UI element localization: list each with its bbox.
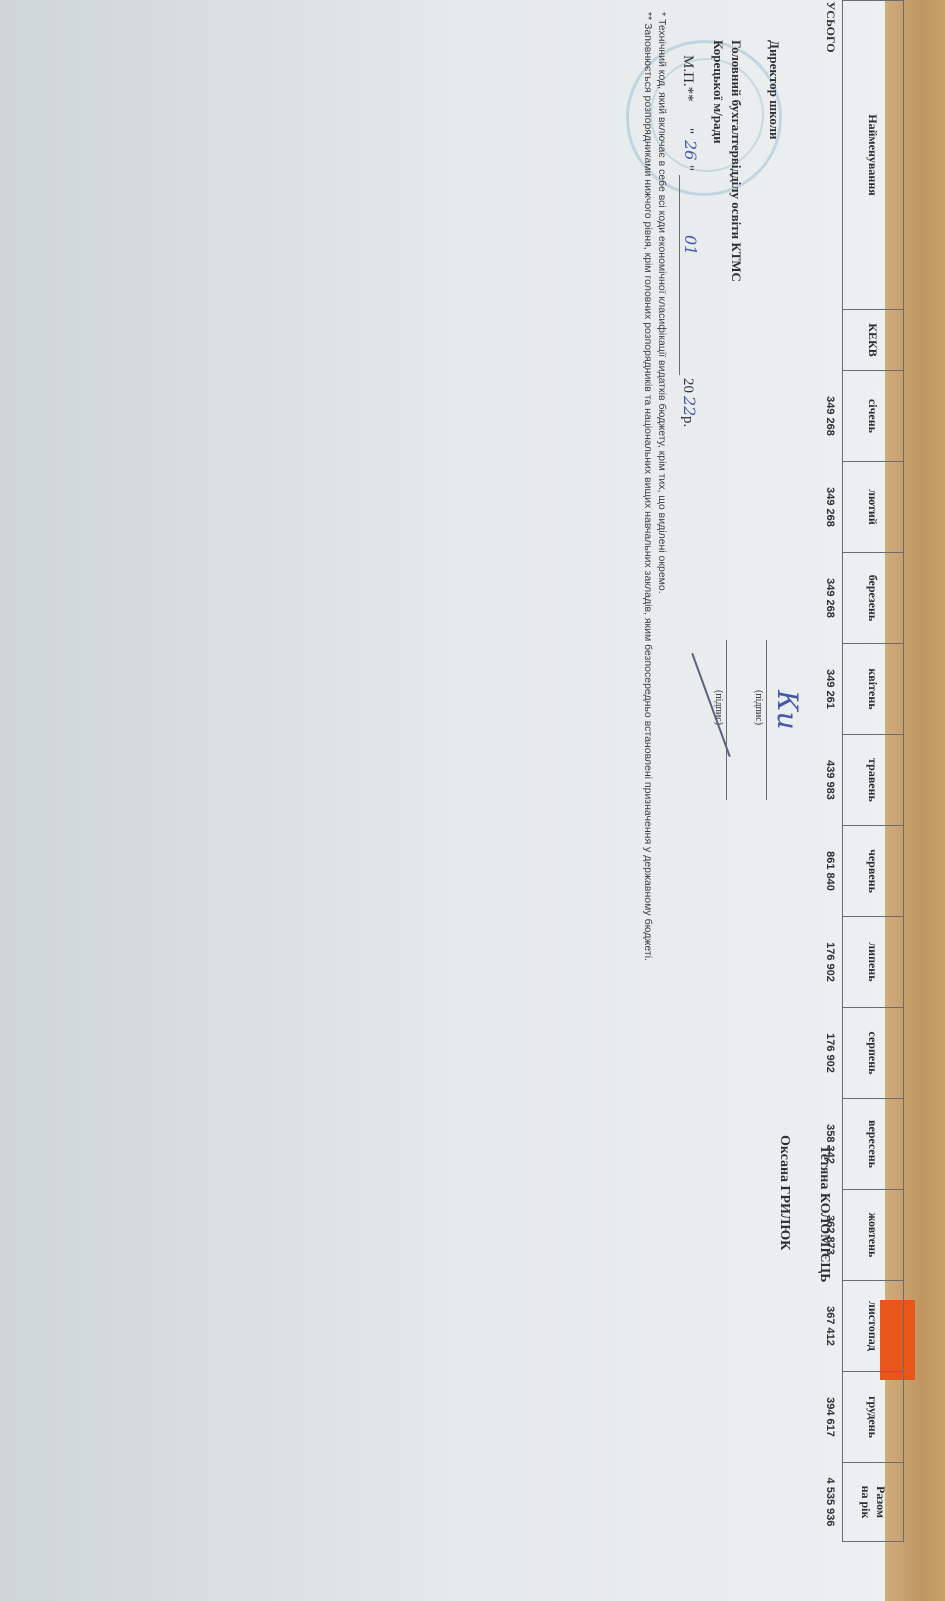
row-kekv xyxy=(822,310,843,371)
director-title: Директор школи xyxy=(766,40,782,140)
document-sheet: Найменування КЕКВ січень лютий березень … xyxy=(0,0,912,1601)
date-open-quote: " xyxy=(679,128,696,134)
date-month: 01 xyxy=(681,235,700,255)
accountant-signature xyxy=(691,653,731,757)
header-month: вересень xyxy=(843,1099,904,1190)
accountant-title-line2: Корецької м/ради xyxy=(710,40,726,144)
date-month-line xyxy=(679,175,680,375)
cell-value: 176 902 xyxy=(822,917,843,1008)
header-name: Найменування xyxy=(843,1,904,310)
footnote-1: * Технічний код, який включає в себе всі… xyxy=(656,12,668,594)
date-suffix: р. xyxy=(679,416,696,427)
cell-value: 367 412 xyxy=(822,1281,843,1372)
header-total-line2: на рік xyxy=(858,1467,873,1537)
director-signature: Ки xyxy=(771,690,804,730)
cell-value: 349 268 xyxy=(822,462,843,553)
cell-value: 176 902 xyxy=(822,1008,843,1099)
header-total-line1: Разом xyxy=(873,1467,888,1537)
header-month: червень xyxy=(843,826,904,917)
header-month: травень xyxy=(843,735,904,826)
cell-value: 349 268 xyxy=(822,371,843,462)
director-name: Тетяна КОЛОМІЄЦЬ xyxy=(816,1145,832,1282)
date-year-prefix: 20 xyxy=(679,378,696,393)
date-close-quote: " xyxy=(679,165,696,171)
date-day: 26 xyxy=(681,140,700,160)
header-month: січень xyxy=(843,371,904,462)
cell-value: 349 261 xyxy=(822,644,843,735)
table-header-row: Найменування КЕКВ січень лютий березень … xyxy=(843,1,904,1542)
header-month: лютий xyxy=(843,462,904,553)
header-month: грудень xyxy=(843,1372,904,1463)
table-row-total: УСЬОГО 349 268 349 268 349 268 349 261 4… xyxy=(822,1,843,1542)
header-kekv: КЕКВ xyxy=(843,310,904,371)
header-month: серпень xyxy=(843,1008,904,1099)
header-month: березень xyxy=(843,553,904,644)
header-month: листопад xyxy=(843,1281,904,1372)
accountant-signature-line xyxy=(726,640,727,800)
cell-value: 394 617 xyxy=(822,1372,843,1463)
header-month: жовтень xyxy=(843,1190,904,1281)
row-label: УСЬОГО xyxy=(822,1,843,310)
accountant-name: Оксана ГРИЛЮК xyxy=(776,1135,792,1250)
header-month: квітень xyxy=(843,644,904,735)
header-total: Разом на рік xyxy=(843,1463,904,1542)
header-month: липень xyxy=(843,917,904,1008)
budget-table: Найменування КЕКВ січень лютий березень … xyxy=(822,0,904,1542)
cell-value: 439 983 xyxy=(822,735,843,826)
director-signature-caption: (підпис) xyxy=(753,690,764,725)
stamp-place-label: М.П.** xyxy=(679,55,696,102)
date-year: 22 xyxy=(680,396,699,416)
footnote-2: ** Заповнюється розпорядниками нижчого р… xyxy=(642,12,654,961)
director-signature-line xyxy=(766,640,767,800)
cell-total: 4 535 936 xyxy=(822,1463,843,1542)
accountant-title-line1: Головний бухгалтервідділу освіти КТМС xyxy=(728,40,744,282)
cell-value: 349 268 xyxy=(822,553,843,644)
cell-value: 861 840 xyxy=(822,826,843,917)
